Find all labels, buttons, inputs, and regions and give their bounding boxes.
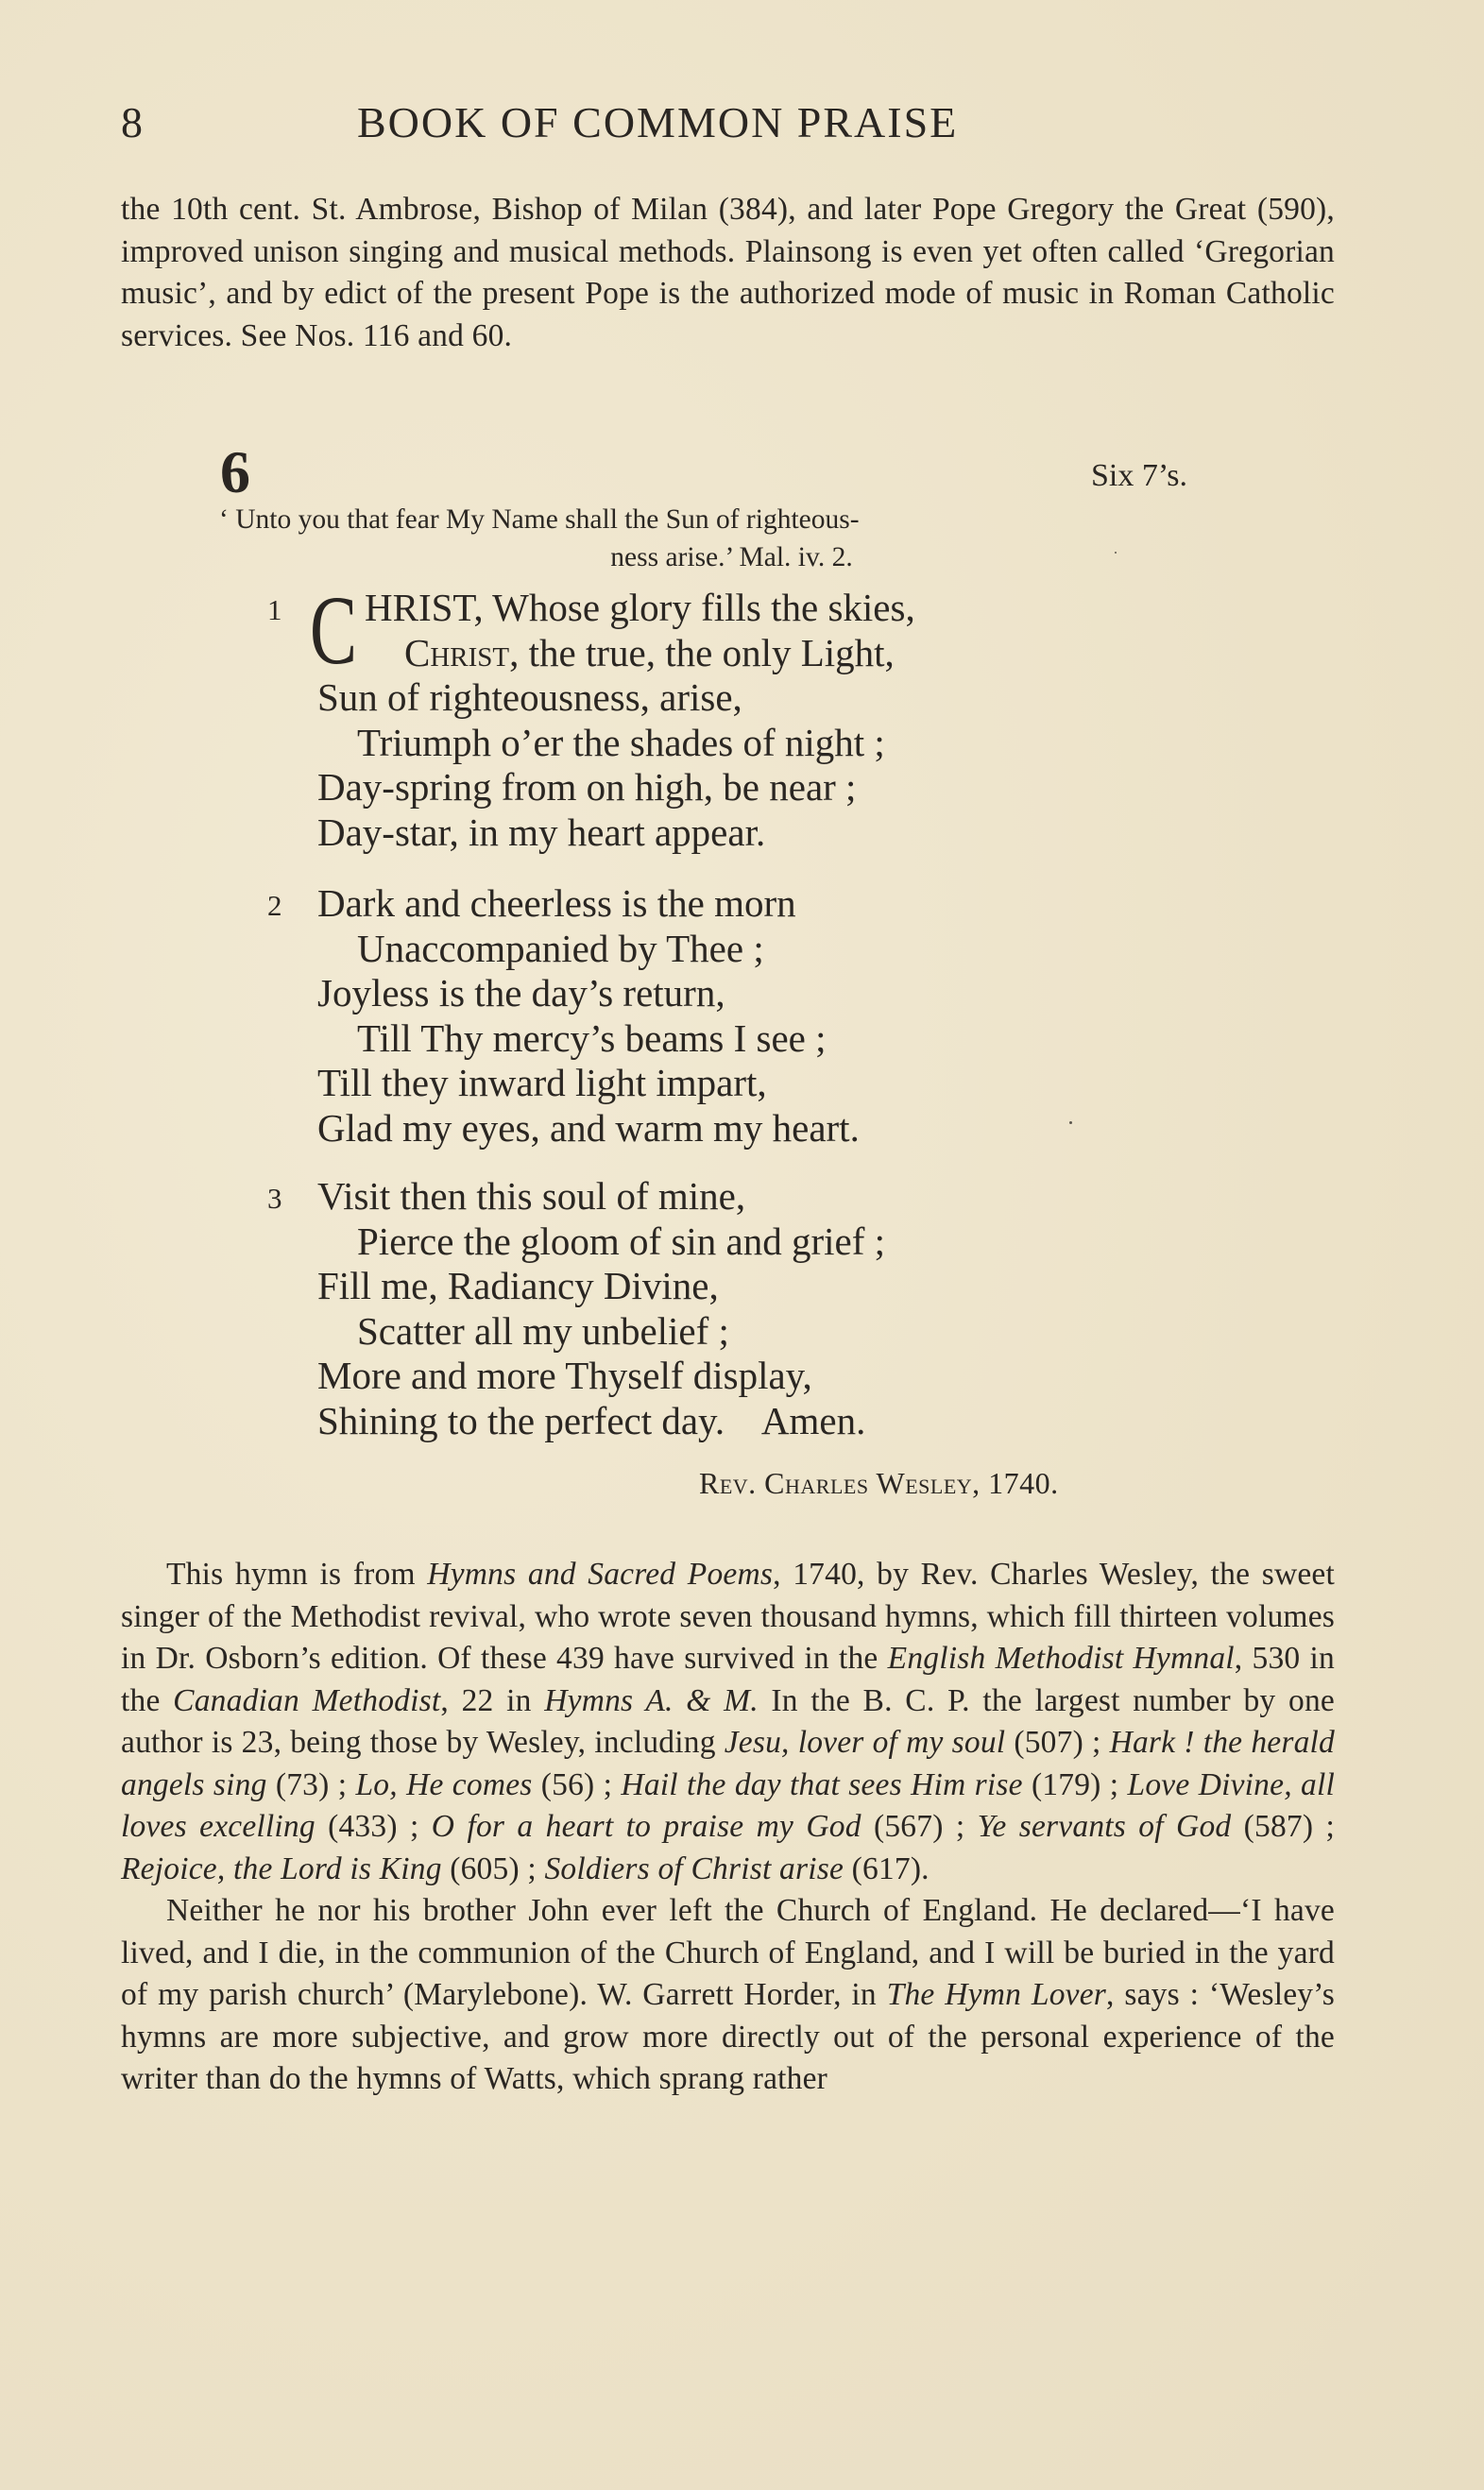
hymn-meter: Six 7’s. bbox=[1091, 455, 1187, 497]
hymn-title: Jesu, lover of my soul bbox=[725, 1725, 1006, 1760]
verse-line: Joyless is the day’s return, bbox=[317, 971, 1217, 1016]
verse-line: Glad my eyes, and warm my heart. bbox=[317, 1106, 1217, 1151]
scan-speck bbox=[1069, 1121, 1072, 1124]
book-page: 8 BOOK OF COMMON PRAISE the 10th cent. S… bbox=[0, 0, 1484, 2490]
text: (507) ; bbox=[1005, 1725, 1109, 1760]
verse-line: Dark and cheerless is the morn bbox=[317, 881, 1217, 927]
hymn-title: Ye servants of God bbox=[978, 1809, 1232, 1844]
verse-body: Dark and cheerless is the morn Unaccompa… bbox=[317, 881, 1217, 1151]
verse-line: More and more Thyself display, bbox=[317, 1354, 1217, 1399]
verse-2: 2 Dark and cheerless is the morn Unaccom… bbox=[272, 881, 1217, 1151]
verse-line: Till Thy mercy’s beams I see ; bbox=[317, 1016, 1217, 1062]
hymn-title: Soldiers of Christ arise bbox=[544, 1851, 844, 1886]
text: (605) ; bbox=[442, 1851, 545, 1886]
text: (433) ; bbox=[316, 1809, 432, 1844]
verse-line: Pierce the gloom of sin and grief ; bbox=[317, 1219, 1217, 1265]
verse-body: C HRIST, Whose glory fills the skies, Ch… bbox=[317, 586, 1217, 855]
book-title: English Methodist Hymnal bbox=[888, 1641, 1235, 1676]
verse-line: Visit then this soul of mine, bbox=[317, 1174, 1217, 1219]
epigraph-line-2: ness arise.’ Mal. iv. 2. bbox=[219, 538, 1244, 576]
verse-line: Sun of righteousness, arise, bbox=[317, 675, 1217, 721]
running-title: BOOK OF COMMON PRAISE bbox=[357, 94, 958, 151]
verse-1: 1 C HRIST, Whose glory fills the skies, … bbox=[272, 586, 1217, 855]
intro-paragraph: the 10th cent. St. Ambrose, Bishop of Mi… bbox=[121, 189, 1335, 357]
verse-number: 3 bbox=[267, 1174, 282, 1223]
hymn-title: Lo, He comes bbox=[355, 1767, 532, 1802]
running-header: 8 BOOK OF COMMON PRAISE bbox=[121, 94, 1254, 151]
text: This hymn is from bbox=[166, 1557, 427, 1592]
intro-text: the 10th cent. St. Ambrose, Bishop of Mi… bbox=[121, 189, 1335, 357]
notes-paragraph-1: This hymn is from Hymns and Sacred Poems… bbox=[121, 1554, 1335, 1890]
text: (73) ; bbox=[267, 1767, 356, 1802]
verse-number: 2 bbox=[267, 881, 282, 930]
scan-speck bbox=[1115, 552, 1117, 554]
hymn-epigraph: ‘ Unto you that fear My Name shall the S… bbox=[219, 501, 1244, 576]
verse-line: Triumph o’er the shades of night ; bbox=[317, 721, 1217, 766]
page-number: 8 bbox=[121, 94, 143, 151]
epigraph-line-1: ‘ Unto you that fear My Name shall the S… bbox=[219, 501, 1244, 538]
text: (56) ; bbox=[533, 1767, 622, 1802]
verse-line: Day-spring from on high, be near ; bbox=[317, 765, 1217, 810]
text: (179) ; bbox=[1023, 1767, 1128, 1802]
verse-line: Fill me, Radiancy Divine, bbox=[317, 1264, 1217, 1309]
text: (567) ; bbox=[861, 1809, 978, 1844]
text: (587) ; bbox=[1231, 1809, 1335, 1844]
notes-paragraph-2: Neither he nor his brother John ever lef… bbox=[121, 1890, 1335, 2101]
book-title: Canadian Methodist bbox=[173, 1683, 440, 1718]
hymn-author: Rev. Charles Wesley, 1740. bbox=[699, 1464, 1059, 1502]
text: (617). bbox=[844, 1851, 930, 1886]
verse-line: Day-star, in my heart appear. bbox=[317, 810, 1217, 856]
hymn-number: 6 bbox=[220, 439, 250, 505]
hymn-title: O for a heart to praise my God bbox=[432, 1809, 861, 1844]
verse-line: HRIST, Whose glory fills the skies, bbox=[317, 586, 1217, 631]
verse-3: 3 Visit then this soul of mine, Pierce t… bbox=[272, 1174, 1217, 1443]
verse-line: Unaccompanied by Thee ; bbox=[317, 927, 1217, 972]
book-title: The Hymn Lover bbox=[887, 1977, 1106, 2012]
verse-line: Shining to the perfect day. Amen. bbox=[317, 1399, 1217, 1444]
verse-line: Scatter all my unbelief ; bbox=[317, 1309, 1217, 1355]
hymn-title: Hail the day that sees Him rise bbox=[621, 1767, 1022, 1802]
hymn-notes: This hymn is from Hymns and Sacred Poems… bbox=[121, 1554, 1335, 2101]
hymn-title: Rejoice, the Lord is King bbox=[121, 1851, 442, 1886]
book-title: Hymns A. & M. bbox=[544, 1683, 759, 1718]
verse-body: Visit then this soul of mine, Pierce the… bbox=[317, 1174, 1217, 1443]
verse-line: Christ, the true, the only Light, bbox=[317, 631, 1217, 676]
book-title: Hymns and Sacred Poems bbox=[427, 1557, 773, 1592]
text: , 22 in bbox=[440, 1683, 544, 1718]
verse-number: 1 bbox=[267, 586, 282, 635]
verse-line: Till they inward light impart, bbox=[317, 1061, 1217, 1106]
